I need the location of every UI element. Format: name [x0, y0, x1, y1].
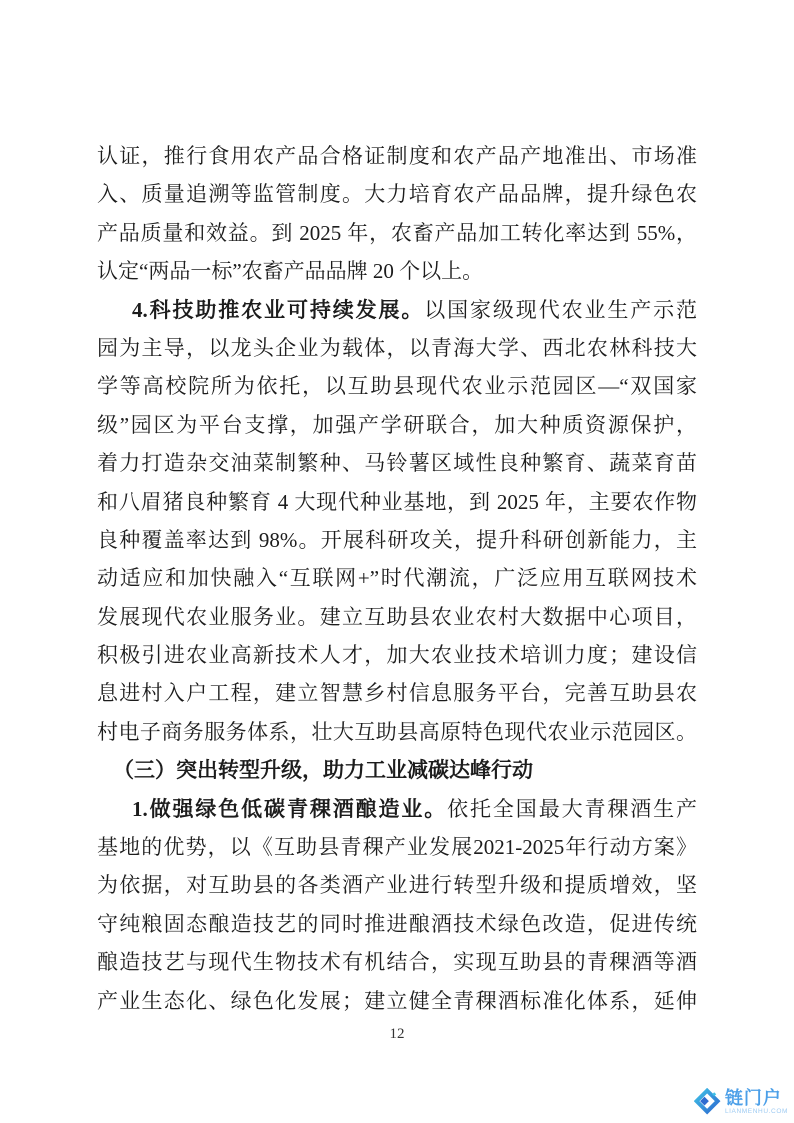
watermark-logo: 链门户 LIANMENHU.COM [694, 1088, 788, 1116]
text-run: 息进村入户工程，建立智慧乡村信息服务平台，完善互助县农 [97, 681, 697, 705]
text-run: 产品质量和效益。到 2025 年，农畜产品加工转化率达到 55%， [97, 221, 697, 245]
section-heading-line: （三）突出转型升级，助力工业减碳达峰行动 [97, 751, 697, 789]
text-run: 认定“两品一标”农畜产品品牌 20 个以上。 [97, 259, 483, 283]
text-line: 学等高校院所为依托，以互助县现代农业示范园区—“双国家 [97, 367, 697, 405]
text-run: 发展现代农业服务业。建立互助县农业农村大数据中心项目， [97, 605, 697, 629]
text-line: 4.科技助推农业可持续发展。以国家级现代农业生产示范 [97, 291, 697, 329]
text-run: 守纯粮固态酿造技艺的同时推进酿酒技术绿色改造，促进传统 [97, 912, 697, 936]
text-line: 产品质量和效益。到 2025 年，农畜产品加工转化率达到 55%， [97, 214, 697, 252]
text-line: 园为主导，以龙头企业为载体，以青海大学、西北农林科技大 [97, 329, 697, 367]
text-run: 村电子商务服务体系，壮大互助县高原特色现代农业示范园区。 [97, 720, 697, 744]
text-run: 入、质量追溯等监管制度。大力培育农产品品牌，提升绿色农 [97, 182, 697, 206]
lianmenhu-logo-icon [694, 1088, 722, 1116]
document-body: 认证，推行食用农产品合格证制度和农产品产地准出、市场准入、质量追溯等监管制度。大… [97, 137, 697, 1020]
text-run: 学等高校院所为依托，以互助县现代农业示范园区—“双国家 [97, 374, 697, 398]
watermark-domain: LIANMENHU.COM [725, 1109, 788, 1116]
text-run: 动适应和加快融入“互联网+”时代潮流，广泛应用互联网技术 [97, 566, 697, 590]
text-line: 守纯粮固态酿造技艺的同时推进酿酒技术绿色改造，促进传统 [97, 905, 697, 943]
text-line: 着力打造杂交油菜制繁种、马铃薯区域性良种繁育、蔬菜育苗 [97, 444, 697, 482]
text-run: 和八眉猪良种繁育 4 大现代种业基地，到 2025 年，主要农作物 [97, 490, 697, 514]
text-line: 认定“两品一标”农畜产品品牌 20 个以上。 [97, 252, 697, 290]
text-line: 动适应和加快融入“互联网+”时代潮流，广泛应用互联网技术 [97, 559, 697, 597]
text-run: 以国家级现代农业生产示范 [424, 298, 697, 322]
text-run: （三）突出转型升级，助力工业减碳达峰行动 [113, 758, 533, 782]
watermark-text: 链门户 LIANMENHU.COM [725, 1089, 788, 1116]
text-line: 和八眉猪良种繁育 4 大现代种业基地，到 2025 年，主要农作物 [97, 483, 697, 521]
text-run: 产业生态化、绿色化发展；建立健全青稞酒标准化体系，延伸 [97, 989, 697, 1013]
text-run: 酿造技艺与现代生物技术有机结合，实现互助县的青稞酒等酒 [97, 950, 697, 974]
text-line: 级”园区为平台支撑，加强产学研联合，加大种质资源保护， [97, 406, 697, 444]
bold-text-run: 4.科技助推农业可持续发展。 [132, 298, 424, 322]
text-run: 着力打造杂交油菜制繁种、马铃薯区域性良种繁育、蔬菜育苗 [97, 451, 697, 475]
text-line: 为依据，对互助县的各类酒产业进行转型升级和提质增效，坚 [97, 866, 697, 904]
text-line: 良种覆盖率达到 98%。开展科研攻关，提升科研创新能力，主 [97, 521, 697, 559]
bold-text-run: 1.做强绿色低碳青稞酒酿造业。 [132, 797, 447, 821]
page-number: 12 [0, 1026, 794, 1043]
text-run: 积极引进农业高新技术人才，加大农业技术培训力度；建设信 [97, 643, 697, 667]
text-run: 级”园区为平台支撑，加强产学研联合，加大种质资源保护， [97, 413, 697, 437]
watermark-brand: 链门户 [725, 1089, 788, 1107]
text-line: 息进村入户工程，建立智慧乡村信息服务平台，完善互助县农 [97, 674, 697, 712]
text-line: 发展现代农业服务业。建立互助县农业农村大数据中心项目， [97, 598, 697, 636]
text-line: 1.做强绿色低碳青稞酒酿造业。依托全国最大青稞酒生产 [97, 790, 697, 828]
text-run: 依托全国最大青稞酒生产 [447, 797, 697, 821]
text-line: 积极引进农业高新技术人才，加大农业技术培训力度；建设信 [97, 636, 697, 674]
text-run: 园为主导，以龙头企业为载体，以青海大学、西北农林科技大 [97, 336, 697, 360]
text-line: 酿造技艺与现代生物技术有机结合，实现互助县的青稞酒等酒 [97, 943, 697, 981]
text-line: 入、质量追溯等监管制度。大力培育农产品品牌，提升绿色农 [97, 175, 697, 213]
text-line: 认证，推行食用农产品合格证制度和农产品产地准出、市场准 [97, 137, 697, 175]
text-run: 认证，推行食用农产品合格证制度和农产品产地准出、市场准 [97, 144, 697, 168]
text-line: 产业生态化、绿色化发展；建立健全青稞酒标准化体系，延伸 [97, 982, 697, 1020]
text-run: 良种覆盖率达到 98%。开展科研攻关，提升科研创新能力，主 [97, 528, 697, 552]
document-page: 认证，推行食用农产品合格证制度和农产品产地准出、市场准入、质量追溯等监管制度。大… [0, 0, 794, 1123]
text-line: 基地的优势，以《互助县青稞产业发展2021-2025年行动方案》 [97, 828, 697, 866]
text-run: 为依据，对互助县的各类酒产业进行转型升级和提质增效，坚 [97, 873, 697, 897]
text-line: 村电子商务服务体系，壮大互助县高原特色现代农业示范园区。 [97, 713, 697, 751]
text-run: 基地的优势，以《互助县青稞产业发展2021-2025年行动方案》 [97, 835, 697, 859]
